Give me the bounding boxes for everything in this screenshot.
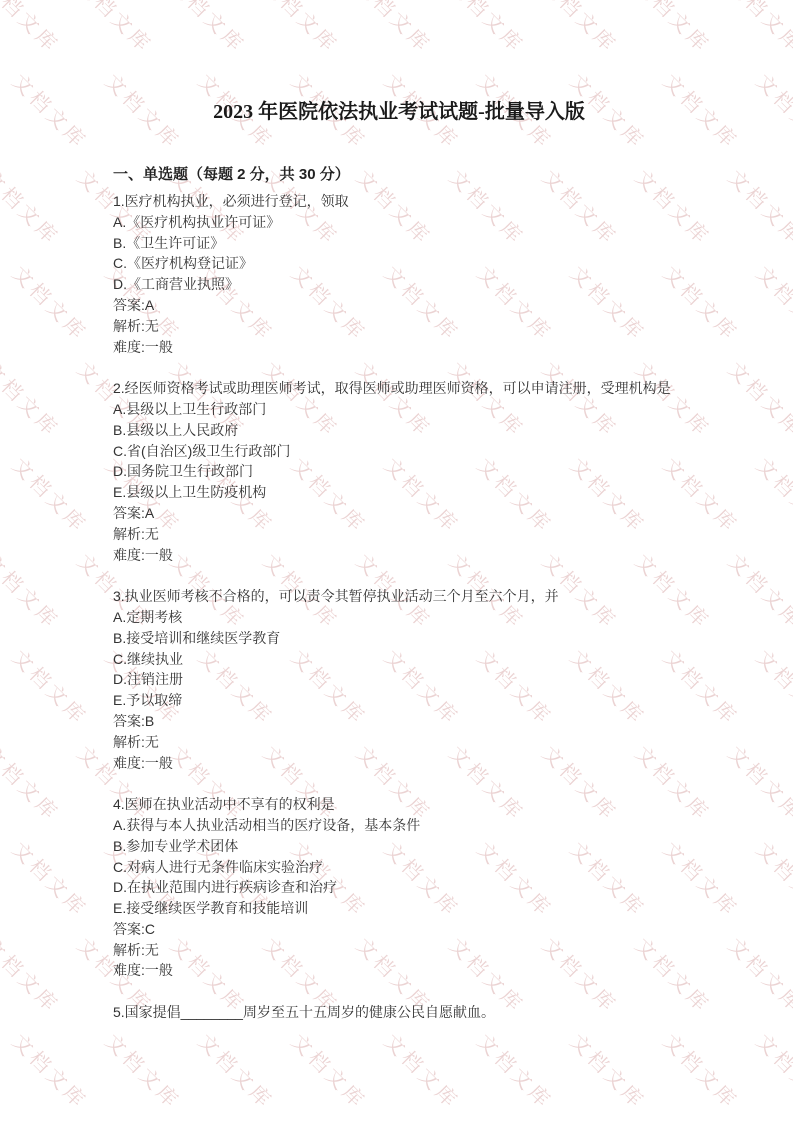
watermark-text: 文档文库 [565,1026,653,1114]
question-option: A.《医疗机构执业许可证》 [113,212,685,233]
question-stem: 1.医疗机构执业，必须进行登记，领取 [113,191,685,212]
answer-line: 答案:B [113,711,685,732]
question-option: A.县级以上卫生行政部门 [113,399,685,420]
document-page: 文档文库文档文库文档文库文档文库文档文库文档文库文档文库文档文库文档文库文档文库… [0,0,793,1122]
difficulty-line: 难度:一般 [113,960,685,981]
answer-line: 答案:A [113,503,685,524]
question-option: A.获得与本人执业活动相当的医疗设备，基本条件 [113,815,685,836]
question-option: E.接受继续医学教育和技能培训 [113,898,685,919]
analysis-line: 解析:无 [113,732,685,753]
question-option: C.继续执业 [113,649,685,670]
question-3: 3.执业医师考核不合格的，可以责令其暂停执业活动三个月至六个月，并 A.定期考核… [113,586,685,773]
difficulty-line: 难度:一般 [113,753,685,774]
watermark-text: 文档文库 [7,1026,95,1114]
document-content: 2023 年医院依法执业考试试题-批量导入版 一、单选题（每题 2 分，共 30… [0,0,793,1023]
watermark-text: 文档文库 [658,1026,746,1114]
question-1: 1.医疗机构执业，必须进行登记，领取 A.《医疗机构执业许可证》 B.《卫生许可… [113,191,685,357]
question-stem: 4.医师在执业活动中不享有的权利是 [113,794,685,815]
question-option: E.县级以上卫生防疫机构 [113,482,685,503]
question-2: 2.经医师资格考试或助理医师考试，取得医师或助理医师资格，可以申请注册，受理机构… [113,378,685,565]
question-stem: 3.执业医师考核不合格的，可以责令其暂停执业活动三个月至六个月，并 [113,586,685,607]
question-option: C.对病人进行无条件临床实验治疗 [113,857,685,878]
question-option: B.县级以上人民政府 [113,420,685,441]
difficulty-line: 难度:一般 [113,545,685,566]
question-4: 4.医师在执业活动中不享有的权利是 A.获得与本人执业活动相当的医疗设备，基本条… [113,794,685,981]
difficulty-line: 难度:一般 [113,337,685,358]
question-option: B.接受培训和继续医学教育 [113,628,685,649]
analysis-line: 解析:无 [113,940,685,961]
watermark-text: 文档文库 [286,1026,374,1114]
question-stem: 5.国家提倡________周岁至五十五周岁的健康公民自愿献血。 [113,1002,685,1023]
section-heading: 一、单选题（每题 2 分，共 30 分） [113,164,685,185]
analysis-line: 解析:无 [113,316,685,337]
watermark-text: 文档文库 [379,1026,467,1114]
watermark-text: 文档文库 [472,1026,560,1114]
question-option: D.《工商营业执照》 [113,274,685,295]
question-stem: 2.经医师资格考试或助理医师考试，取得医师或助理医师资格，可以申请注册，受理机构… [113,378,685,399]
question-option: D.国务院卫生行政部门 [113,461,685,482]
question-option: A.定期考核 [113,607,685,628]
question-option: B.参加专业学术团体 [113,836,685,857]
watermark-text: 文档文库 [193,1026,281,1114]
answer-line: 答案:A [113,295,685,316]
question-option: D.在执业范围内进行疾病诊查和治疗 [113,877,685,898]
watermark-text: 文档文库 [100,1026,188,1114]
answer-line: 答案:C [113,919,685,940]
question-option: B.《卫生许可证》 [113,233,685,254]
question-5-partial: 5.国家提倡________周岁至五十五周岁的健康公民自愿献血。 [113,1002,685,1023]
page-title: 2023 年医院依法执业考试试题-批量导入版 [113,98,685,126]
question-option: E.予以取缔 [113,690,685,711]
analysis-line: 解析:无 [113,524,685,545]
question-option: C.省(自治区)级卫生行政部门 [113,441,685,462]
question-option: C.《医疗机构登记证》 [113,253,685,274]
watermark-text: 文档文库 [751,1026,793,1114]
question-option: D.注销注册 [113,669,685,690]
